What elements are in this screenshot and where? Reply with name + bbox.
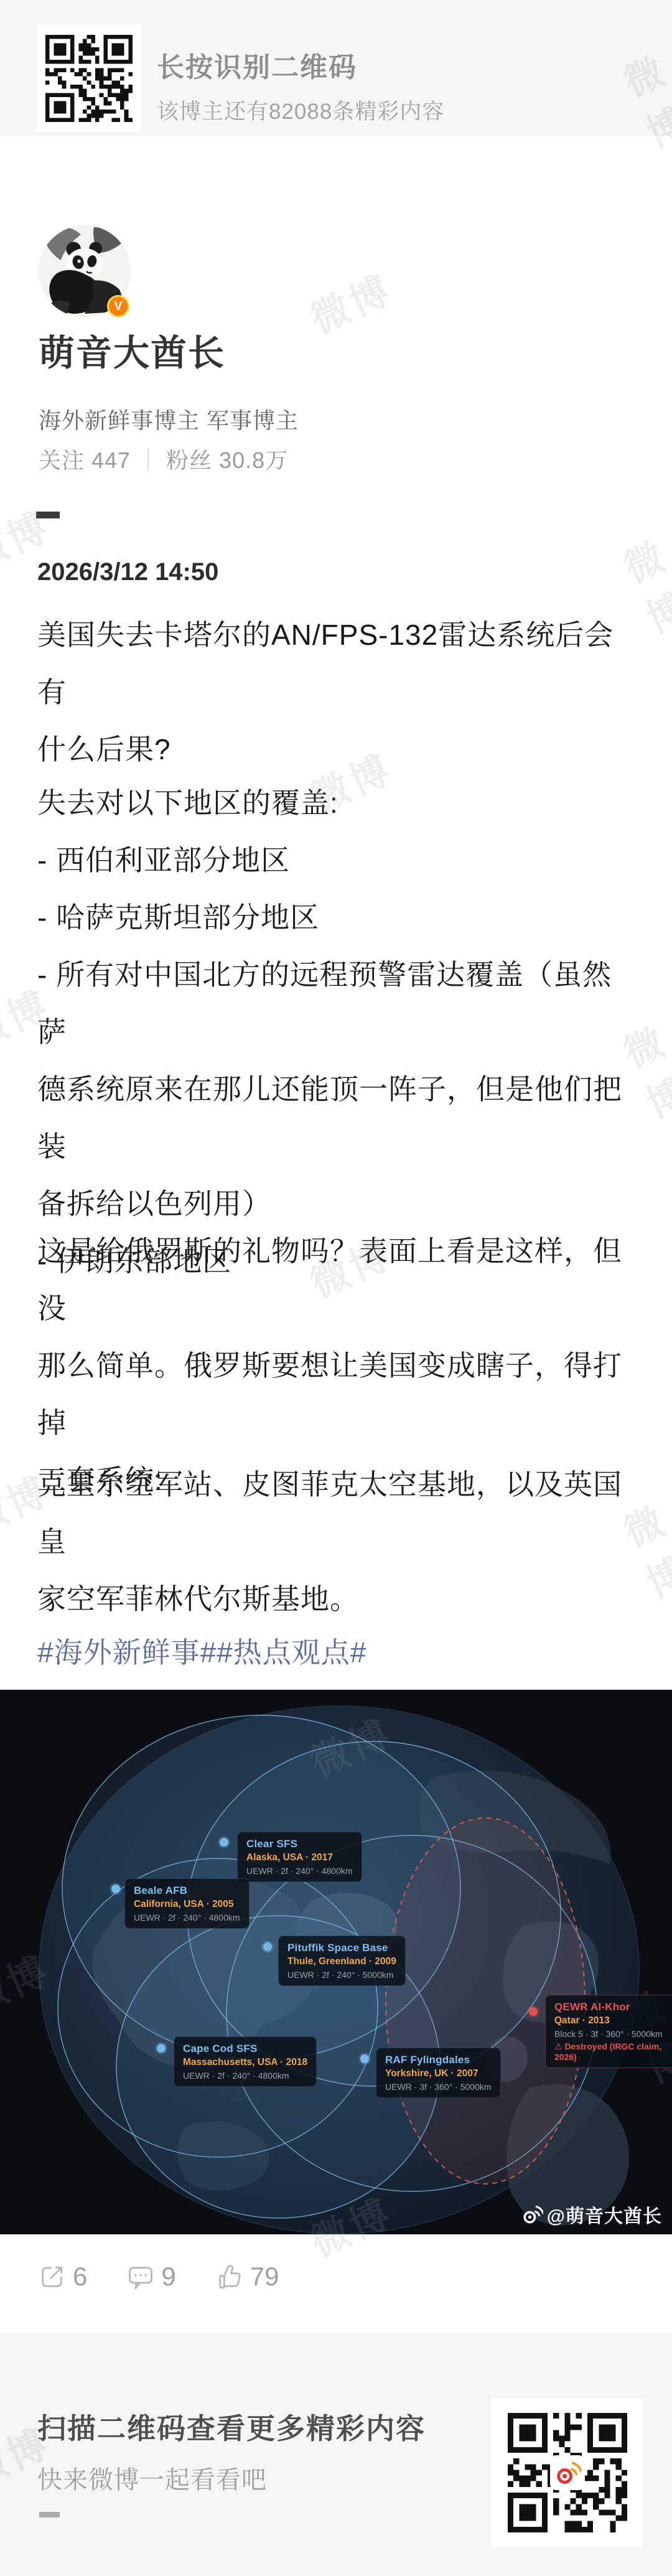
share-count: 6	[73, 2262, 87, 2292]
banner-more-hint: 该博主还有82088条精彩内容	[157, 95, 444, 126]
follow-count: 关注 447	[39, 447, 131, 473]
footer-subtitle: 快来微博一起看看吧	[37, 2460, 267, 2496]
footer-dash	[39, 2512, 60, 2517]
profile-tags: 海外新鲜事博主 军事博主	[39, 403, 299, 435]
post-paragraph-question: 美国失去卡塔尔的AN/FPS-132雷达系统后会有 什么后果?	[37, 606, 638, 778]
station-dot-pituffik	[263, 1942, 272, 1951]
station-name: QEWR Al-Khor	[554, 2001, 672, 2013]
comment-icon	[126, 2262, 156, 2292]
like-count: 79	[250, 2262, 279, 2292]
share-banner: 长按识别二维码 该博主还有82088条精彩内容	[0, 0, 672, 136]
stats-divider: ｜	[131, 447, 166, 473]
station-name: Cape Cod SFS	[183, 2043, 307, 2055]
station-card-pituffik: Pituffik Space Base Thule, Greenland · 2…	[278, 1936, 406, 1986]
post-paragraph-targets: 克里尔空军站、皮图菲克太空基地，以及英国皇 家空军菲林代尔斯基地。	[37, 1456, 638, 1628]
banner-qr-hint: 长按识别二维码	[157, 45, 357, 85]
banner-qr-code	[37, 25, 141, 132]
verified-badge-icon: V	[107, 295, 129, 317]
station-name: Pituffik Space Base	[287, 1942, 396, 1954]
station-specs: UEWR · 2f · 240° · 4800km	[246, 1866, 353, 1876]
share-icon	[37, 2262, 67, 2292]
station-destroyed-status: ⚠ Destroyed (IRGC claim, 2026)	[554, 2041, 672, 2062]
station-dot-beale-afb	[111, 1885, 120, 1893]
footer-banner: 扫描二维码查看更多精彩内容 快来微博一起看看吧	[0, 2333, 672, 2576]
weibo-logo-icon	[521, 2203, 543, 2226]
station-specs: UEWR · 3f · 360° · 5000km	[385, 2082, 492, 2092]
station-location: Thule, Greenland · 2009	[287, 1956, 396, 1967]
post-divider-dash	[36, 512, 60, 518]
station-dot-clear-sfs	[220, 1838, 228, 1847]
station-card-raf-fylingdales: RAF Fylingdales Yorkshire, UK · 2007 UEW…	[376, 2048, 501, 2098]
like-button[interactable]: 79	[215, 2262, 279, 2292]
station-dot-qewr-al-khor	[529, 2007, 538, 2016]
weibo-logo-icon	[554, 2459, 581, 2486]
station-location: Yorkshire, UK · 2007	[385, 2068, 492, 2079]
station-card-qewr-al-khor: QEWR Al-Khor Qatar · 2013 Block 5 · 3f ·…	[545, 1995, 672, 2068]
post-paragraph-coverage-list: 失去对以下地区的覆盖: - 西伯利亚部分地区 - 哈萨克斯坦部分地区 - 所有对…	[37, 774, 638, 1290]
share-button[interactable]: 6	[37, 2262, 87, 2292]
image-author-name: @萌音大酋长	[547, 2201, 662, 2228]
station-specs: UEWR · 2f · 240° · 4800km	[134, 1913, 240, 1923]
comment-button[interactable]: 9	[126, 2262, 175, 2292]
station-card-cape-cod: Cape Cod SFS Massachusetts, USA · 2018 U…	[174, 2036, 317, 2087]
site-watermark: 微博	[301, 259, 400, 344]
station-specs: Block 5 · 3f · 360° · 5000km	[554, 2029, 672, 2039]
station-location: California, USA · 2005	[134, 1899, 240, 1910]
station-name: Clear SFS	[246, 1838, 353, 1850]
post-timestamp: 2026/3/12 14:50	[37, 558, 218, 586]
station-card-beale-afb: Beale AFB California, USA · 2005 UEWR · …	[124, 1878, 250, 1929]
station-dot-raf-fylingdales	[360, 2054, 369, 2063]
profile-stats: 关注 447｜粉丝 30.8万	[39, 443, 288, 475]
station-specs: UEWR · 2f · 240° · 5000km	[287, 1970, 396, 1980]
station-name: RAF Fylingdales	[385, 2054, 492, 2066]
action-bar: 6 9 79	[37, 2262, 317, 2292]
hashtag-links[interactable]: #海外新鲜事##热点观点#	[37, 1624, 366, 1681]
footer-qr-code	[491, 2398, 643, 2547]
station-specs: UEWR · 2f · 240° · 4800km	[183, 2071, 307, 2081]
station-location: Alaska, USA · 2017	[246, 1852, 353, 1863]
station-location: Qatar · 2013	[554, 2015, 672, 2026]
footer-title: 扫描二维码查看更多精彩内容	[37, 2406, 426, 2447]
station-name: Beale AFB	[134, 1885, 240, 1897]
station-location: Massachusetts, USA · 2018	[183, 2057, 307, 2068]
thumbs-up-icon	[215, 2262, 245, 2292]
station-card-clear-sfs: Clear SFS Alaska, USA · 2017 UEWR · 2f ·…	[237, 1832, 362, 1882]
comment-count: 9	[161, 2262, 175, 2292]
profile-name[interactable]: 萌音大酋长	[39, 324, 225, 376]
fans-count: 粉丝 30.8万	[166, 447, 288, 473]
image-author-watermark: @萌音大酋长	[521, 2201, 662, 2228]
station-dot-cape-cod	[157, 2044, 166, 2053]
radar-coverage-map-image[interactable]: Clear SFS Alaska, USA · 2017 UEWR · 2f ·…	[0, 1690, 672, 2234]
weibo-logo-badge	[550, 2455, 585, 2490]
weibo-share-card: 微博 微博 微博 微博 微博 微博 微博 微博 微博 微博 微博 微博 微博 微…	[0, 0, 672, 2576]
